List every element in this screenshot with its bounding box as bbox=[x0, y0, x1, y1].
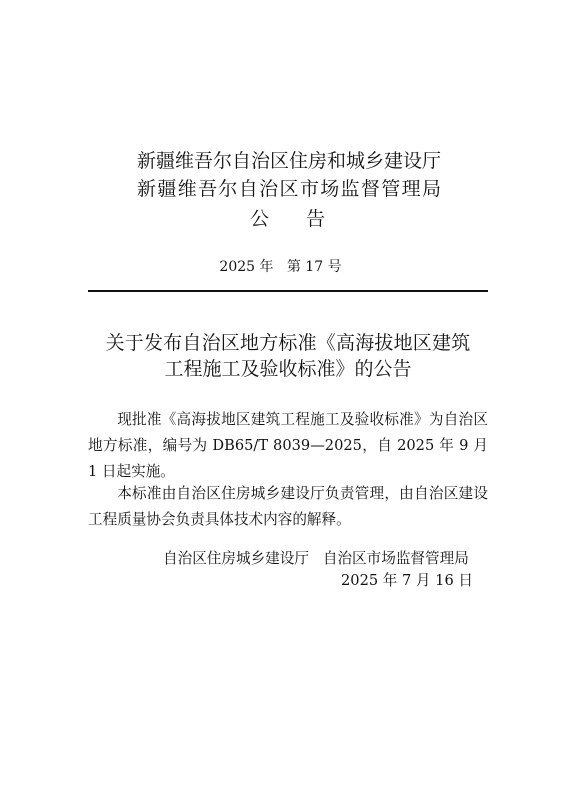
issuer-housing-department: 新疆维吾尔自治区住房和城乡建设厅 bbox=[137, 150, 441, 172]
signature-date: 2025 年 7 月 16 日 bbox=[341, 571, 473, 591]
document-number: 2025 年 第 17 号 bbox=[0, 258, 561, 276]
notice-title: 公告 bbox=[250, 208, 325, 230]
header-divider bbox=[88, 290, 488, 292]
issuer-market-regulation-bureau: 新疆维吾尔自治区市场监督管理局 bbox=[137, 178, 441, 200]
signature-issuers: 自治区住房城乡建设厅 自治区市场监督管理局 bbox=[163, 549, 461, 569]
body-paragraph-approval: 现批准《高海拔地区建筑工程施工及验收标准》为自治区地方标准，编号为 DB65/T… bbox=[88, 407, 488, 485]
subject-title-line-1: 关于发布自治区地方标准《高海拔地区建筑 bbox=[88, 330, 488, 356]
document-page: 新疆维吾尔自治区住房和城乡建设厅 新疆维吾尔自治区市场监督管理局 公告 2025… bbox=[0, 0, 561, 804]
subject-title-line-2: 工程施工及验收标准》的公告 bbox=[88, 356, 488, 382]
body-paragraph-management: 本标准由自治区住房城乡建设厅负责管理，由自治区建设工程质量协会负责具体技术内容的… bbox=[88, 481, 488, 533]
